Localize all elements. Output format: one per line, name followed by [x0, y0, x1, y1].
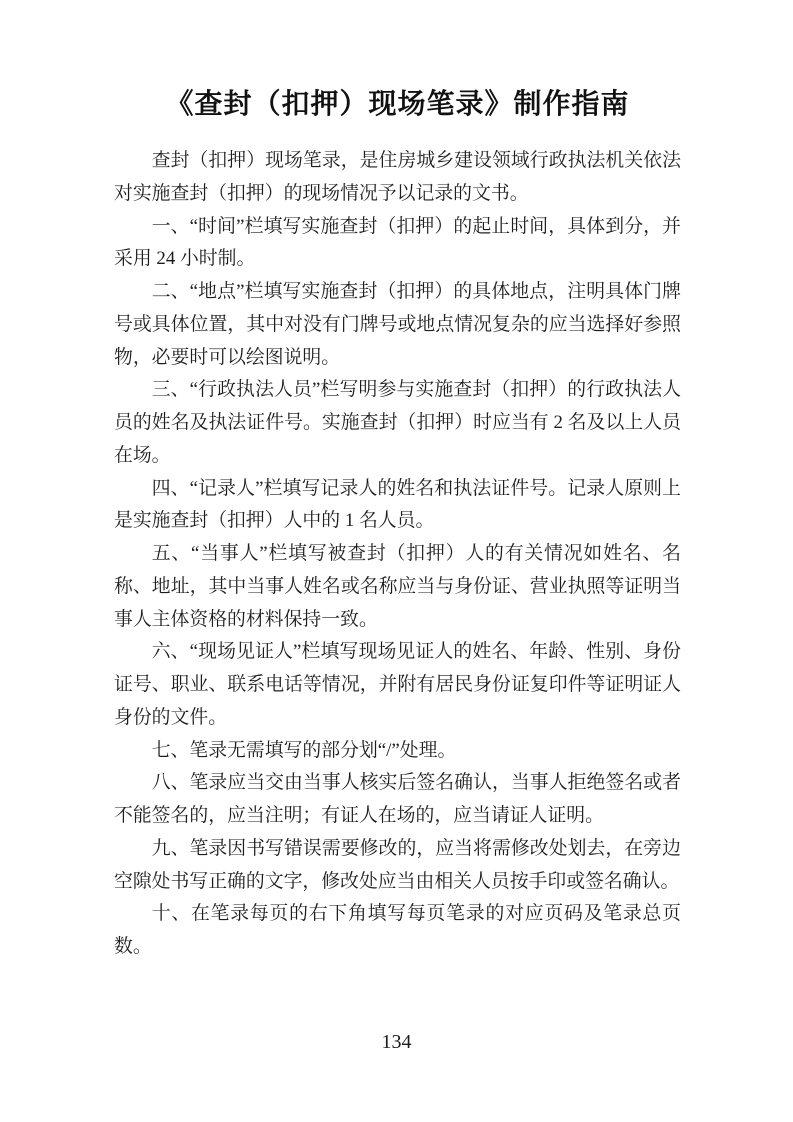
page-number: 134 [0, 1029, 793, 1055]
item-10-paragraph: 十、在笔录每页的右下角填写每页笔录的对应页码及笔录总页数。 [114, 898, 681, 964]
intro-paragraph: 查封（扣押）现场笔录，是住房城乡建设领域行政执法机关依法对实施查封（扣押）的现场… [114, 145, 681, 211]
item-5-paragraph: 五、“当事人”栏填写被查封（扣押）人的有关情况如姓名、名称、地址，其中当事人姓名… [114, 538, 681, 636]
item-3-paragraph: 三、“行政执法人员”栏写明参与实施查封（扣押）的行政执法人员的姓名及执法证件号。… [114, 374, 681, 472]
item-8-paragraph: 八、笔录应当交由当事人核实后签名确认，当事人拒绝签名或者不能签名的，应当注明；有… [114, 767, 681, 833]
item-1-paragraph: 一、“时间”栏填写实施查封（扣押）的起止时间，具体到分，并采用 24 小时制。 [114, 211, 681, 277]
item-4-paragraph: 四、“记录人”栏填写记录人的姓名和执法证件号。记录人原则上是实施查封（扣押）人中… [114, 473, 681, 539]
item-2-paragraph: 二、“地点”栏填写实施查封（扣押）的具体地点，注明具体门牌号或具体位置，其中对没… [114, 276, 681, 374]
document-page: 《查封（扣押）现场笔录》制作指南 查封（扣押）现场笔录，是住房城乡建设领域行政执… [0, 0, 793, 1122]
item-9-paragraph: 九、笔录因书写错误需要修改的，应当将需修改处划去，在旁边空隙处书写正确的文字，修… [114, 833, 681, 899]
document-title: 《查封（扣押）现场笔录》制作指南 [114, 86, 681, 124]
document-content: 《查封（扣押）现场笔录》制作指南 查封（扣押）现场笔录，是住房城乡建设领域行政执… [114, 86, 681, 964]
item-6-paragraph: 六、“现场见证人”栏填写现场见证人的姓名、年龄、性别、身份证号、职业、联系电话等… [114, 636, 681, 734]
item-7-paragraph: 七、笔录无需填写的部分划“/”处理。 [114, 735, 681, 768]
document-body: 查封（扣押）现场笔录，是住房城乡建设领域行政执法机关依法对实施查封（扣押）的现场… [114, 145, 681, 964]
